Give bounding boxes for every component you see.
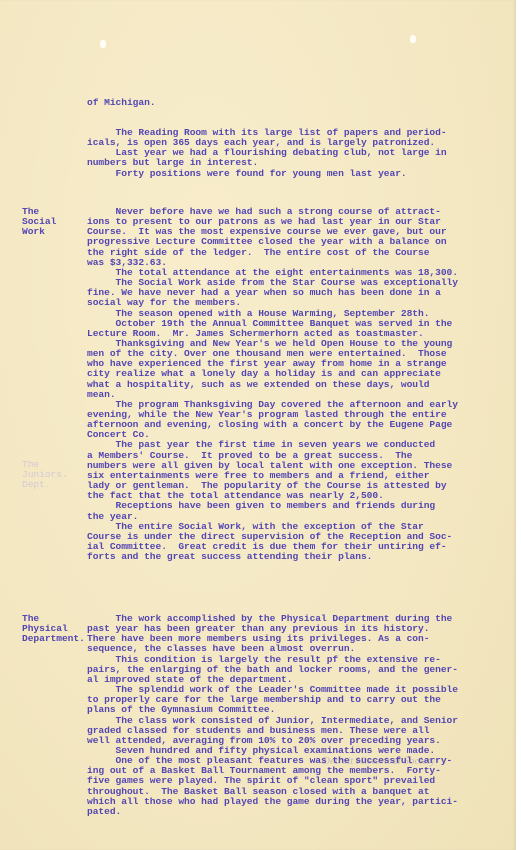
paragraph-line: pated.: [87, 807, 121, 817]
paragraph-line: of Michigan.: [87, 98, 156, 108]
paragraph-line: what a hospitality, such as we extended …: [87, 380, 429, 390]
section-label-social: Work: [22, 227, 45, 237]
ghost-section-label: Dept.: [22, 480, 51, 490]
paragraph-line: which all those who had played the game …: [87, 797, 458, 807]
paragraph-line: city realize what a lonely day a holiday…: [87, 369, 441, 379]
section-label-physical: Department.: [22, 634, 85, 644]
paragraph-line: The class work consisted of Junior, Inte…: [87, 716, 458, 726]
paragraph-line: five games were played. The spirit of "c…: [87, 776, 435, 786]
watermark: Detroit Historical Society: [322, 755, 435, 767]
paragraph-line: the year.: [87, 512, 138, 522]
paragraph-line: numbers but large in interest.: [87, 158, 258, 168]
paragraph-line: The season opened with a House Warming, …: [87, 309, 429, 319]
paragraph-line: plans of the Gymnasium Committee.: [87, 705, 275, 715]
paragraph-line: sequence, the classes have been almost o…: [87, 644, 355, 654]
paragraph-line: social way for the members.: [87, 298, 241, 308]
paragraph-line: Forty positions were found for young men…: [87, 169, 407, 179]
paper-blemish: [100, 40, 106, 48]
paragraph-line: The past year the first time in seven ye…: [87, 440, 435, 450]
paragraph-line: Receptions have been given to members an…: [87, 501, 435, 511]
paragraph-line: forts and the great success attending th…: [87, 552, 372, 562]
paragraph-line: progressive Lecture Committee closed the…: [87, 237, 447, 247]
document-page: of Michigan. The Reading Room with its l…: [0, 0, 516, 850]
paper-blemish: [410, 35, 416, 43]
